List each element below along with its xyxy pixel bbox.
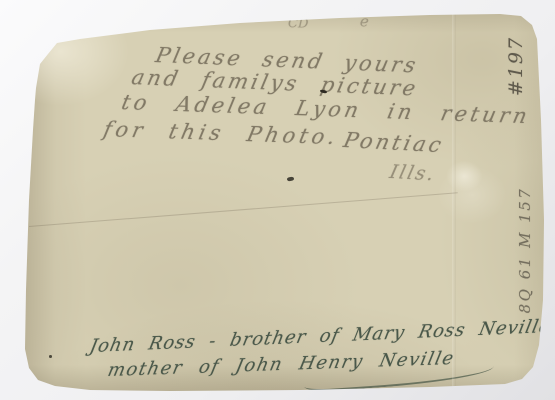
archive-number-vertical: #197: [505, 36, 527, 96]
caption-line-1: John Ross - brother of Mary Ross Neville…: [88, 315, 555, 357]
edge-mark-cd: CD: [288, 16, 309, 32]
photo-card: CD e Please send yours and familys pictu…: [24, 14, 545, 391]
vertical-crease: [452, 14, 456, 391]
diagonal-crease: [29, 192, 458, 227]
ink-fleck: [287, 177, 294, 182]
ink-fleck: [49, 355, 52, 358]
catalog-number-vertical: 8Q 61 M 157: [516, 187, 534, 314]
message-line-6-ills: Ills.: [387, 161, 437, 185]
edge-mark-e: e: [359, 12, 369, 31]
message-line-5-pontiac: Pontiac: [341, 128, 446, 157]
message-line-4: for this Photo.: [101, 117, 341, 149]
scan-background: CD e Please send yours and familys pictu…: [0, 0, 555, 400]
